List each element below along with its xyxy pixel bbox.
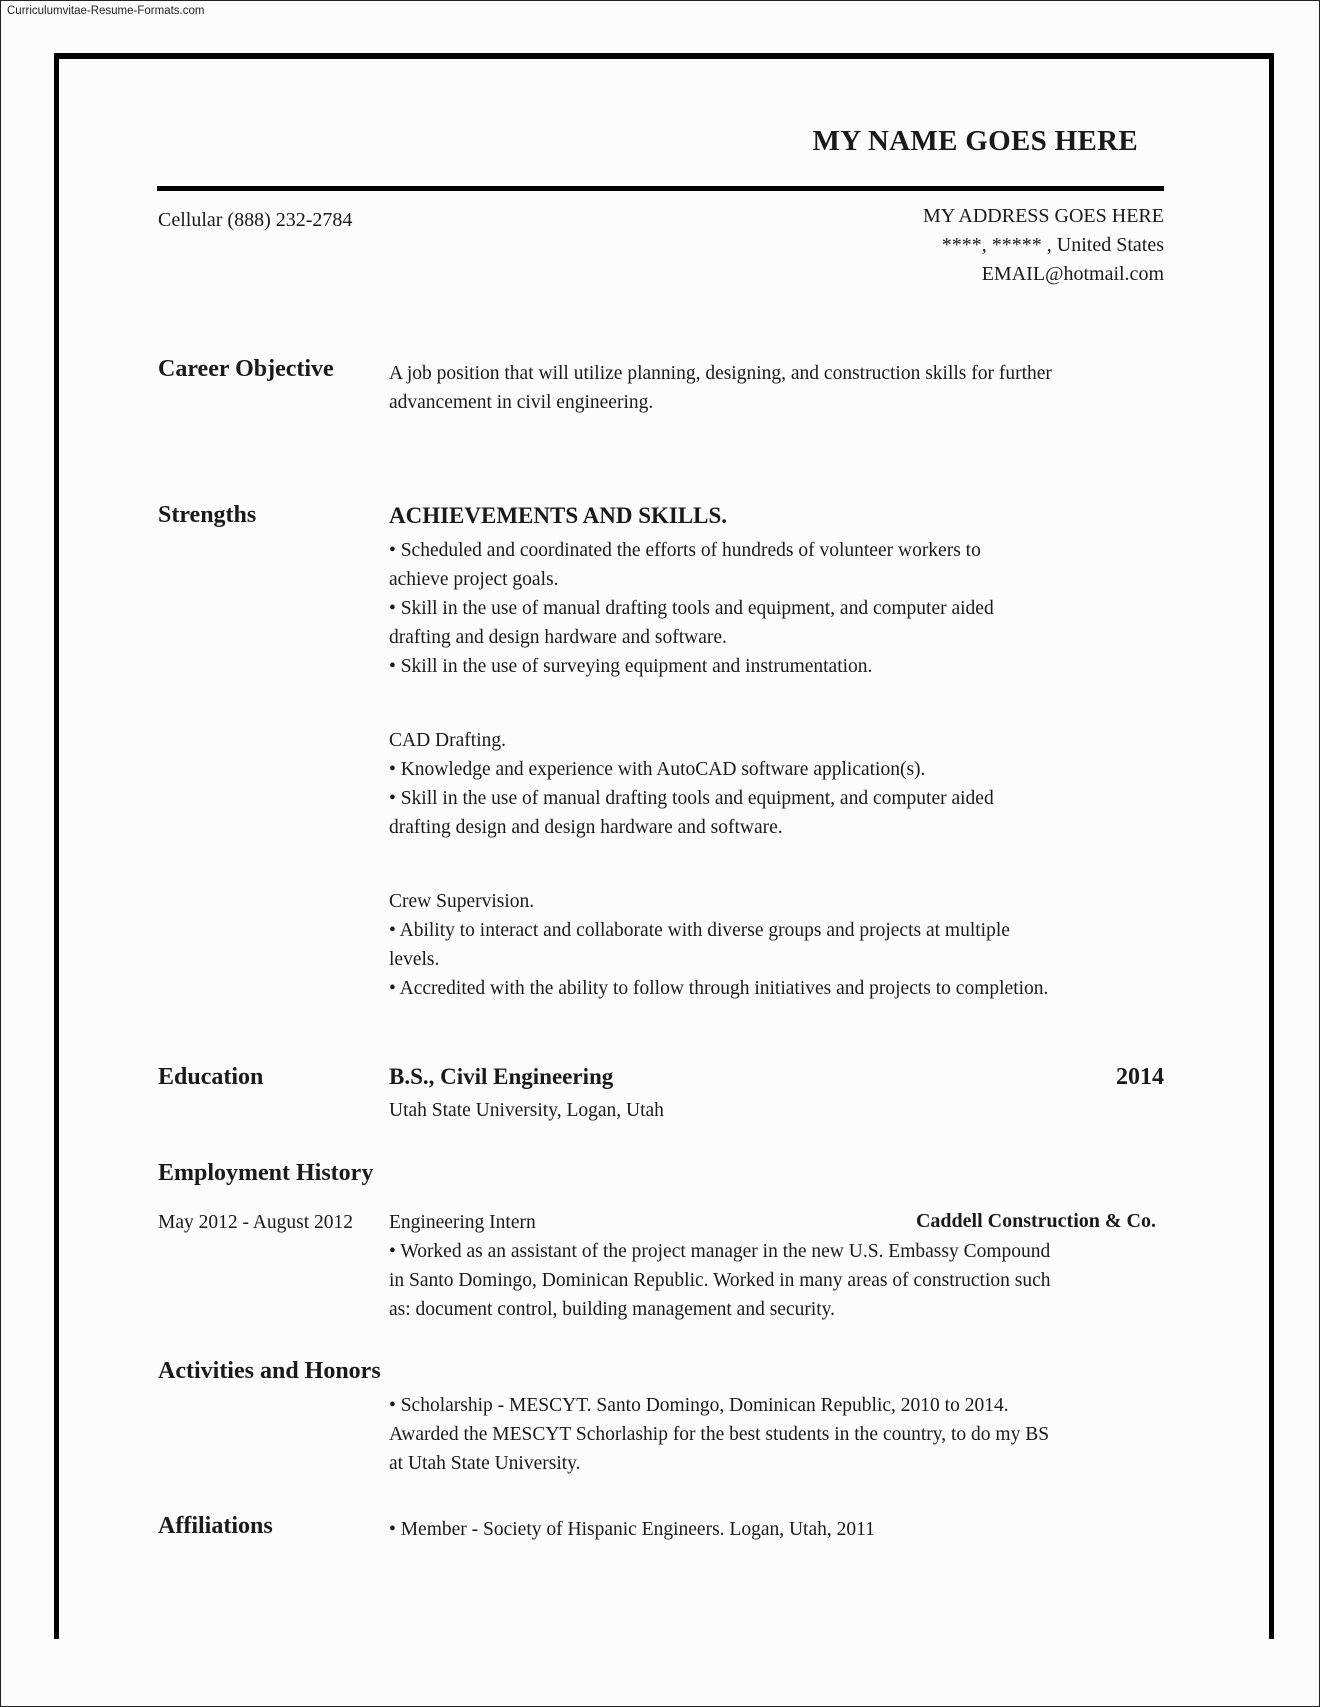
text-line: levels.	[389, 945, 1048, 974]
text-line: advancement in civil engineering.	[389, 388, 1052, 417]
section-label-employment-history: Employment History	[158, 1160, 373, 1187]
text-line: • Skill in the use of surveying equipmen…	[389, 652, 994, 681]
section-label-activities-honors: Activities and Honors	[158, 1358, 381, 1385]
text-line: in Santo Domingo, Dominican Republic. Wo…	[389, 1266, 1051, 1295]
affiliations-text: • Member - Society of Hispanic Engineers…	[389, 1515, 875, 1544]
text-line: • Skill in the use of manual drafting to…	[389, 594, 994, 623]
text-line: CAD Drafting.	[389, 726, 994, 755]
address-line-1: MY ADDRESS GOES HERE	[923, 205, 1164, 228]
text-line: drafting design and design hardware and …	[389, 813, 994, 842]
text-line: Crew Supervision.	[389, 887, 1048, 916]
text-line: as: document control, building managemen…	[389, 1295, 1051, 1324]
email-address: EMAIL@hotmail.com	[982, 263, 1164, 286]
education-degree: B.S., Civil Engineering	[389, 1064, 613, 1090]
strengths-group-crew-supervision: Crew Supervision. • Ability to interact …	[389, 887, 1048, 1003]
section-label-affiliations: Affiliations	[158, 1513, 273, 1540]
strengths-group-cad-drafting: CAD Drafting. • Knowledge and experience…	[389, 726, 994, 842]
section-label-education: Education	[158, 1064, 263, 1091]
section-label-career-objective: Career Objective	[158, 356, 334, 383]
text-line: • Scheduled and coordinated the efforts …	[389, 536, 994, 565]
career-objective-text: A job position that will utilize plannin…	[389, 359, 1052, 417]
strengths-group-achievements: • Scheduled and coordinated the efforts …	[389, 536, 994, 681]
activities-description: • Scholarship - MESCYT. Santo Domingo, D…	[389, 1391, 1049, 1478]
employment-description: • Worked as an assistant of the project …	[389, 1237, 1051, 1324]
watermark: Curriculumvitae-Resume-Formats.com	[7, 5, 204, 17]
text-line: • Ability to interact and collaborate wi…	[389, 916, 1048, 945]
resume-name: MY NAME GOES HERE	[813, 125, 1138, 158]
education-school: Utah State University, Logan, Utah	[389, 1096, 664, 1125]
text-line: • Accredited with the ability to follow …	[389, 974, 1048, 1003]
phone-number: Cellular (888) 232-2784	[158, 209, 352, 232]
header-rule	[157, 186, 1164, 191]
education-year: 2014	[1116, 1064, 1164, 1091]
text-line: • Knowledge and experience with AutoCAD …	[389, 755, 994, 784]
strengths-heading: ACHIEVEMENTS AND SKILLS.	[389, 503, 727, 529]
employment-title: Engineering Intern	[389, 1208, 536, 1237]
employment-dates: May 2012 - August 2012	[158, 1208, 353, 1237]
text-line: Awarded the MESCYT Schorlaship for the b…	[389, 1420, 1049, 1449]
address-line-2: ****, ***** , United States	[942, 234, 1164, 257]
employment-company: Caddell Construction & Co.	[916, 1210, 1156, 1233]
text-line: achieve project goals.	[389, 565, 994, 594]
text-line: A job position that will utilize plannin…	[389, 359, 1052, 388]
text-line: drafting and design hardware and softwar…	[389, 623, 994, 652]
section-label-strengths: Strengths	[158, 502, 256, 529]
text-line: • Skill in the use of manual drafting to…	[389, 784, 994, 813]
text-line: at Utah State University.	[389, 1449, 1049, 1478]
text-line: • Worked as an assistant of the project …	[389, 1237, 1051, 1266]
text-line: • Scholarship - MESCYT. Santo Domingo, D…	[389, 1391, 1049, 1420]
